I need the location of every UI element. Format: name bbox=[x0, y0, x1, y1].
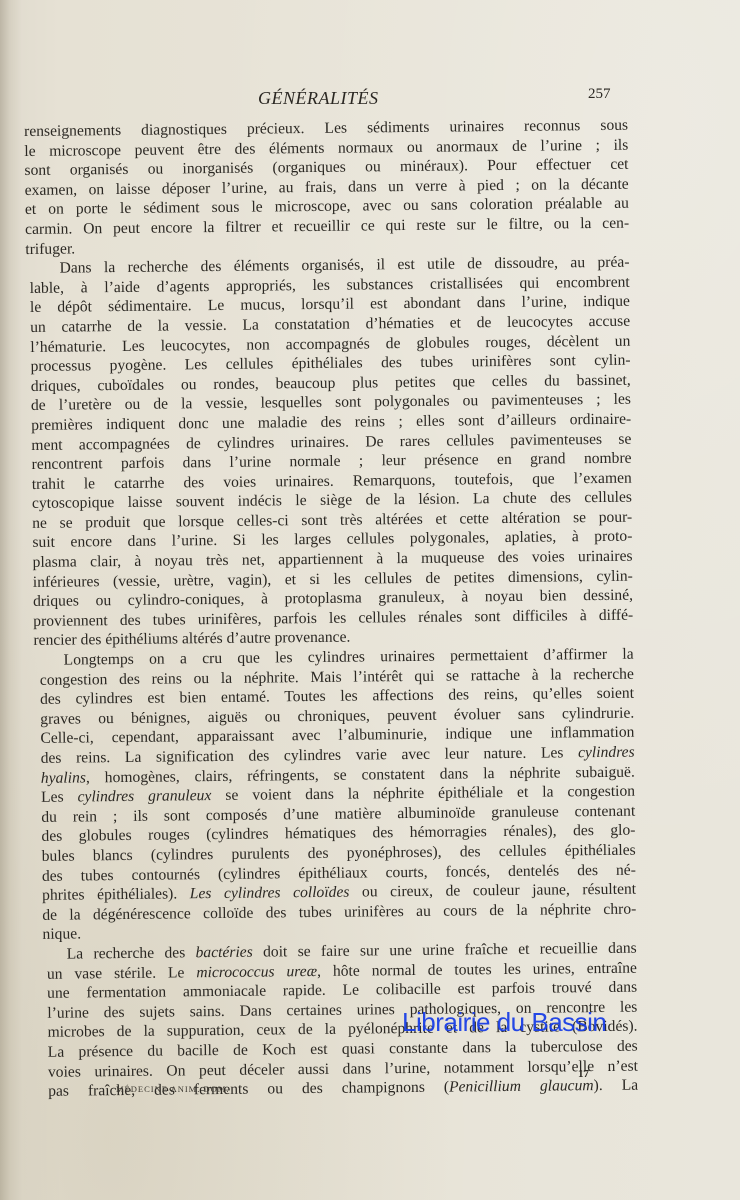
signature-footer: 17 MÉDECINE ANIM. DOM. bbox=[0, 1060, 740, 1100]
running-head: GÉNÉRALITÉS 257 bbox=[0, 86, 740, 112]
italic-term: Les cylindres colloïdes bbox=[190, 884, 350, 903]
italic-term: cylindres granuleux bbox=[77, 787, 211, 805]
body-text: renseignements diagnostiques précieux. L… bbox=[24, 116, 638, 1102]
page-number: 257 bbox=[588, 86, 611, 103]
paragraph: Dans la recherche des éléments organisés… bbox=[25, 253, 633, 651]
italic-term: micrococcus ureæ bbox=[196, 963, 317, 981]
signature-number: 17 bbox=[578, 1068, 589, 1080]
watermark: Librairie du Bassin bbox=[402, 1007, 606, 1038]
italic-term: bactéries bbox=[195, 944, 252, 962]
paragraph: renseignements diagnostiques précieux. L… bbox=[24, 116, 629, 259]
facing-page-edge bbox=[0, 250, 20, 850]
paragraph: Longtemps on a cru que les cylindres uri… bbox=[30, 645, 637, 945]
italic-term: hyalins bbox=[41, 769, 86, 786]
signature-label: MÉDECINE ANIM. DOM. bbox=[116, 1084, 229, 1094]
running-title: GÉNÉRALITÉS bbox=[258, 88, 379, 109]
italic-term: cylindres bbox=[578, 744, 635, 762]
